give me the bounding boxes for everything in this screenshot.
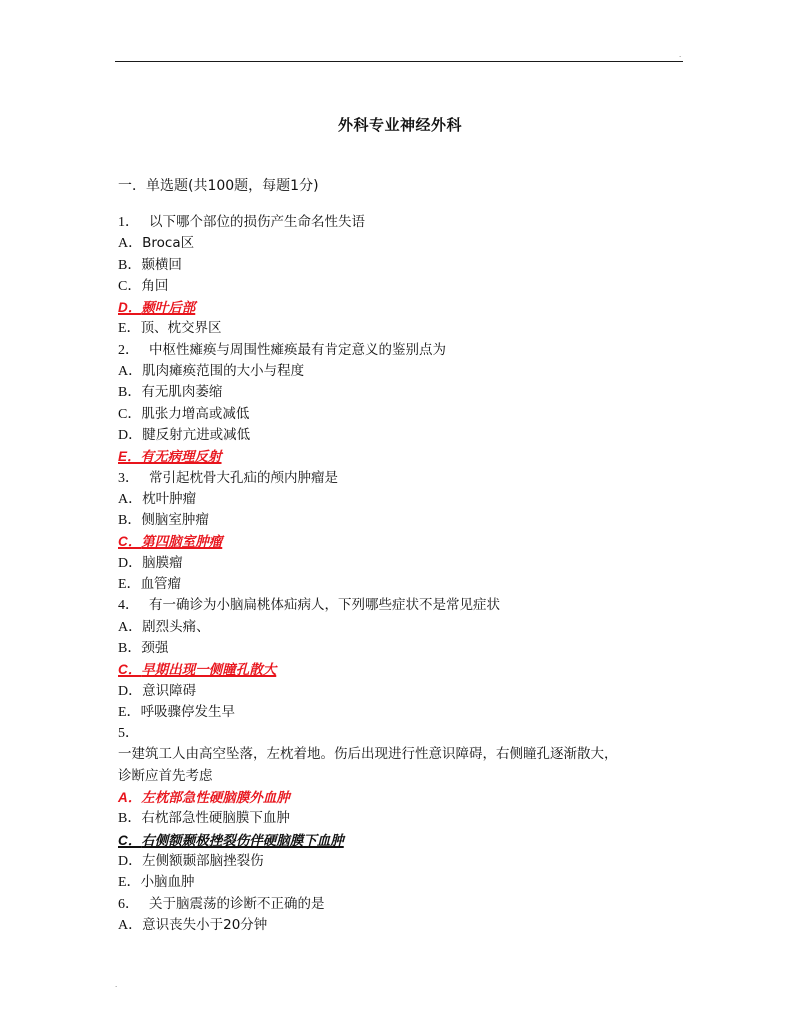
- question-5-stem-line-2: 诊断应首先考虑: [118, 766, 688, 787]
- question-3-option-d: D．脑膜瘤: [118, 553, 688, 574]
- question-number: 3．: [118, 471, 139, 486]
- question-2-option-e-answer: E．有无病理反射: [118, 446, 688, 467]
- question-6-option-a: A．意识丧失小于20分钟: [118, 915, 688, 936]
- question-number: 6．: [118, 897, 139, 912]
- question-1-stem: 1．以下哪个部位的损伤产生命名性失语: [118, 212, 688, 233]
- question-3-stem: 3．常引起枕骨大孔疝的颅内肿瘤是: [118, 468, 688, 489]
- footer-corner-mark: .: [115, 980, 117, 989]
- emphasized-option: C．右侧额颞极挫裂伤伴硬脑膜下血肿: [118, 833, 344, 849]
- question-5-stem-line-1: 一建筑工人由高空坠落，左枕着地。伤后出现进行性意识障碍，右侧瞳孔逐渐散大，: [118, 744, 688, 765]
- question-number: 1．: [118, 215, 139, 230]
- question-2-option-d: D．腱反射亢进或减低: [118, 425, 688, 446]
- question-5-option-b: B．右枕部急性硬脑膜下血肿: [118, 808, 688, 829]
- question-2-option-a: A．肌肉瘫痪范围的大小与程度: [118, 361, 688, 382]
- question-1-option-a: A．Broca区: [118, 233, 688, 254]
- question-5-option-a-answer: A．左枕部急性硬脑膜外血肿: [118, 787, 688, 808]
- question-1-option-e: E．顶、枕交界区: [118, 318, 688, 339]
- document-title: 外科专业神经外科: [0, 114, 800, 135]
- question-number: 5．: [118, 726, 139, 741]
- question-5-option-d: D．左侧额颞部脑挫裂伤: [118, 851, 688, 872]
- question-4-option-d: D．意识障碍: [118, 681, 688, 702]
- question-1-option-c: C．角回: [118, 276, 688, 297]
- correct-answer: A．左枕部急性硬脑膜外血肿: [118, 790, 290, 806]
- question-text: 以下哪个部位的损伤产生命名性失语: [149, 214, 365, 230]
- question-number: 4．: [118, 598, 139, 613]
- question-4-stem: 4．有一确诊为小脑扁桃体疝病人，下列哪些症状不是常见症状: [118, 595, 688, 616]
- question-3-option-c-answer: C．第四脑室肿瘤: [118, 531, 688, 552]
- header-rule: [115, 61, 683, 62]
- question-3-option-a: A．枕叶肿瘤: [118, 489, 688, 510]
- question-list: 1．以下哪个部位的损伤产生命名性失语 A．Broca区 B．颞横回 C．角回 D…: [118, 212, 688, 936]
- correct-answer: C．第四脑室肿瘤: [118, 534, 222, 550]
- correct-answer: D．颞叶后部: [118, 300, 195, 316]
- question-6-stem: 6．关于脑震荡的诊断不正确的是: [118, 894, 688, 915]
- question-text: 常引起枕骨大孔疝的颅内肿瘤是: [149, 470, 338, 486]
- question-2-stem: 2．中枢性瘫痪与周围性瘫痪最有肯定意义的鉴别点为: [118, 340, 688, 361]
- correct-answer: C．早期出现一侧瞳孔散大: [118, 662, 276, 678]
- question-text: 关于脑震荡的诊断不正确的是: [149, 896, 325, 912]
- question-text: 中枢性瘫痪与周围性瘫痪最有肯定意义的鉴别点为: [149, 342, 446, 358]
- question-number: 2．: [118, 343, 139, 358]
- question-4-option-a: A．剧烈头痛、: [118, 617, 688, 638]
- question-2-option-b: B．有无肌肉萎缩: [118, 382, 688, 403]
- question-text: 有一确诊为小脑扁桃体疝病人，下列哪些症状不是常见症状: [149, 597, 500, 613]
- question-4-option-b: B．颈强: [118, 638, 688, 659]
- correct-answer: E．有无病理反射: [118, 449, 222, 465]
- question-5-option-c-emphasized: C．右侧额颞极挫裂伤伴硬脑膜下血肿: [118, 830, 688, 851]
- question-5-option-e: E．小脑血肿: [118, 872, 688, 893]
- question-4-option-e: E．呼吸骤停发生早: [118, 702, 688, 723]
- question-4-option-c-answer: C．早期出现一侧瞳孔散大: [118, 659, 688, 680]
- question-1-option-d-answer: D．颞叶后部: [118, 297, 688, 318]
- question-5-number-line: 5．: [118, 723, 688, 744]
- header-corner-mark: .: [679, 50, 681, 59]
- question-1-option-b: B．颞横回: [118, 255, 688, 276]
- question-3-option-b: B．侧脑室肿瘤: [118, 510, 688, 531]
- section-heading: 一．单选题(共100题，每题1分): [118, 175, 319, 195]
- question-2-option-c: C．肌张力增高或减低: [118, 404, 688, 425]
- question-3-option-e: E．血管瘤: [118, 574, 688, 595]
